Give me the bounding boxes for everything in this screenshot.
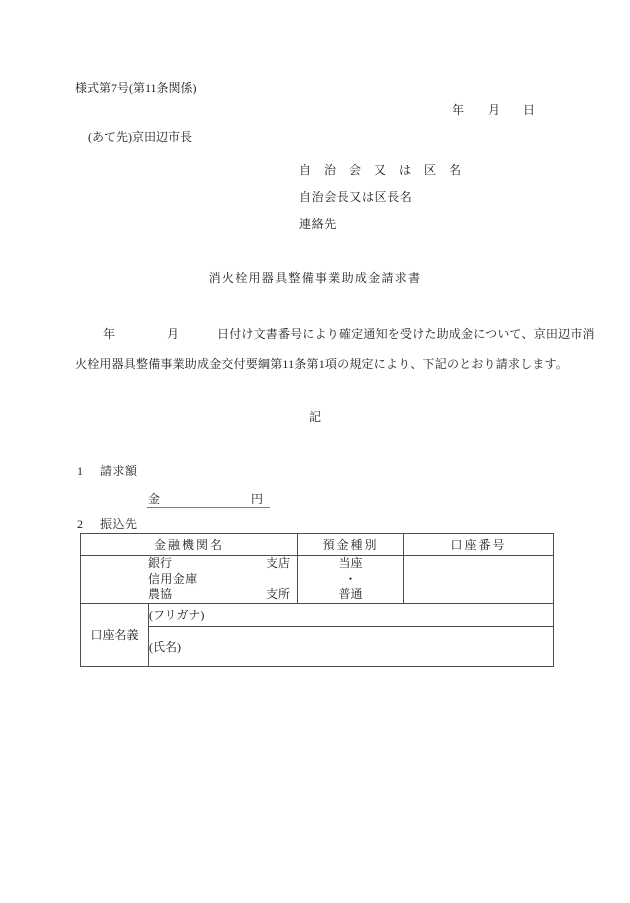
table-furigana-row: 口座名義 (フリガナ) xyxy=(81,603,554,626)
body-paragraph-line1: 日付け文書番号により確定通知を受けた助成金について、京田辺市消 xyxy=(217,327,595,341)
association-head-label: 自治会長又は区長名 xyxy=(299,190,412,204)
institution-cell: 銀行 支店 信用金庫 農協 支所 xyxy=(81,556,298,604)
table-institution-row: 銀行 支店 信用金庫 農協 支所 当座 ・ 普通 xyxy=(81,556,554,604)
header-deposit-type: 預金種別 xyxy=(298,534,404,556)
account-number-cell xyxy=(404,556,554,604)
institution-line-credit-union: 信用金庫 xyxy=(81,572,297,588)
addressee-line: (あて先)京田辺市長 xyxy=(88,130,192,144)
amount-prefix-label: 金 xyxy=(148,492,160,506)
document-title: 消火栓用器具整備事業助成金請求書 xyxy=(0,271,630,285)
header-account-number: 口座番号 xyxy=(404,534,554,556)
body-month-label: 月 xyxy=(167,327,179,341)
claim-amount-field: 金 円 xyxy=(147,491,270,508)
deposit-type-ordinary: 普通 xyxy=(298,587,403,603)
date-year-label: 年 xyxy=(452,103,464,117)
account-holder-label: 口座名義 xyxy=(81,603,149,666)
section2-number: 2 xyxy=(77,517,83,531)
transfer-table: 金融機関名 預金種別 口座番号 銀行 支店 信用金庫 農協 支所 当座 ・ xyxy=(80,533,554,667)
date-month-label: 月 xyxy=(488,103,500,117)
branch-label: 支店 xyxy=(266,556,290,572)
document-page: 様式第7号(第11条関係) 年 月 日 (あて先)京田辺市長 自治会又は区名 自… xyxy=(0,0,630,903)
institution-line-bank: 銀行 支店 xyxy=(81,556,297,572)
bank-label: 銀行 xyxy=(148,556,172,572)
contact-label: 連絡先 xyxy=(299,217,337,231)
section1-label: 請求額 xyxy=(100,464,138,478)
holder-name-cell: (氏名) xyxy=(149,626,554,666)
amount-suffix-label: 円 xyxy=(251,492,263,506)
section1-number: 1 xyxy=(77,464,83,478)
table-name-row: (氏名) xyxy=(81,626,554,666)
note-marker: 記 xyxy=(0,410,630,424)
branch-office-label: 支所 xyxy=(266,587,290,603)
body-year-label: 年 xyxy=(103,327,115,341)
institution-line-agri-coop: 農協 支所 xyxy=(81,587,297,603)
deposit-type-cell: 当座 ・ 普通 xyxy=(298,556,404,604)
association-name-label: 自治会又は区名 xyxy=(299,163,474,177)
header-institution: 金融機関名 xyxy=(81,534,298,556)
agri-coop-label: 農協 xyxy=(148,587,172,603)
date-day-label: 日 xyxy=(523,103,535,117)
deposit-type-current: 当座 xyxy=(298,556,403,572)
furigana-cell: (フリガナ) xyxy=(149,603,554,626)
deposit-type-separator: ・ xyxy=(298,572,403,588)
table-header-row: 金融機関名 預金種別 口座番号 xyxy=(81,534,554,556)
section2-label: 振込先 xyxy=(100,517,138,531)
credit-union-label: 信用金庫 xyxy=(148,572,198,588)
form-number: 様式第7号(第11条関係) xyxy=(75,81,197,95)
body-paragraph-line2: 火栓用器具整備事業助成金交付要綱第11条第1項の規定により、下記のとおり請求しま… xyxy=(75,357,568,371)
